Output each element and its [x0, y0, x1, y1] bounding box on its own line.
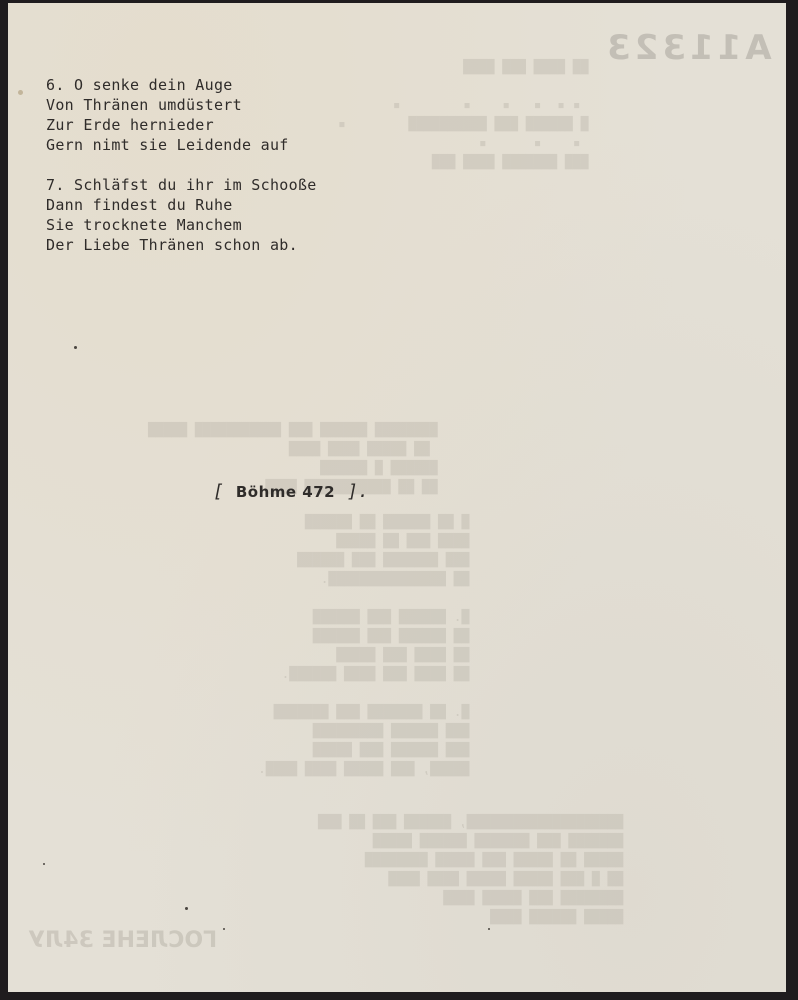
- reference-text: Böhme 472: [236, 483, 335, 501]
- verse-line: 7. Schläfst du ihr im Schooße: [46, 175, 317, 195]
- paper-speck: [43, 863, 45, 865]
- stanza-7: 7. Schläfst du ihr im SchooßeDann findes…: [46, 175, 317, 255]
- source-reference: [ Böhme 472 ].: [213, 481, 369, 502]
- stanza-6: 6. O senke dein AugeVon Thränen umdüster…: [46, 75, 289, 155]
- paper-speck: [488, 928, 490, 930]
- paper-speck: [74, 346, 77, 349]
- verse-line: Von Thränen umdüstert: [46, 95, 289, 115]
- verse-line: 6. O senke dein Auge: [46, 75, 289, 95]
- verse-line: Dann findest du Ruhe: [46, 195, 317, 215]
- verse-line: Gern nimt sie Leidende auf: [46, 135, 289, 155]
- close-bracket: ].: [347, 481, 369, 502]
- verse-line: Der Liebe Thränen schon ab.: [46, 235, 317, 255]
- bleedthrough-stamp: ГОСЛЕНЕ 34ЛУ: [28, 928, 217, 953]
- paper-speck: [18, 90, 23, 95]
- paper-speck: [223, 928, 225, 930]
- document-page: A11323 ██ ████ ███ ████ ▪ ▪ ▪ ▪ ▪ ▪ █ ██…: [8, 3, 786, 992]
- paper-speck: [185, 907, 188, 910]
- verse-line: Sie trocknete Manchem: [46, 215, 317, 235]
- bleedthrough-text: ██ ████ ███ ████ ▪ ▪ ▪ ▪ ▪ ▪ █ ██████ ██…: [338, 58, 588, 172]
- bleedthrough-text: ████████████████████, ██████ ███ ██ ███ …: [318, 813, 623, 927]
- bleedthrough-text: █ ██ ██████ ██ ██████ ████ ███ ██ █████ …: [258, 513, 469, 779]
- archive-stamp-bleedthrough: A11323: [603, 28, 772, 68]
- open-bracket: [: [213, 481, 224, 502]
- verse-line: Zur Erde hernieder: [46, 115, 289, 135]
